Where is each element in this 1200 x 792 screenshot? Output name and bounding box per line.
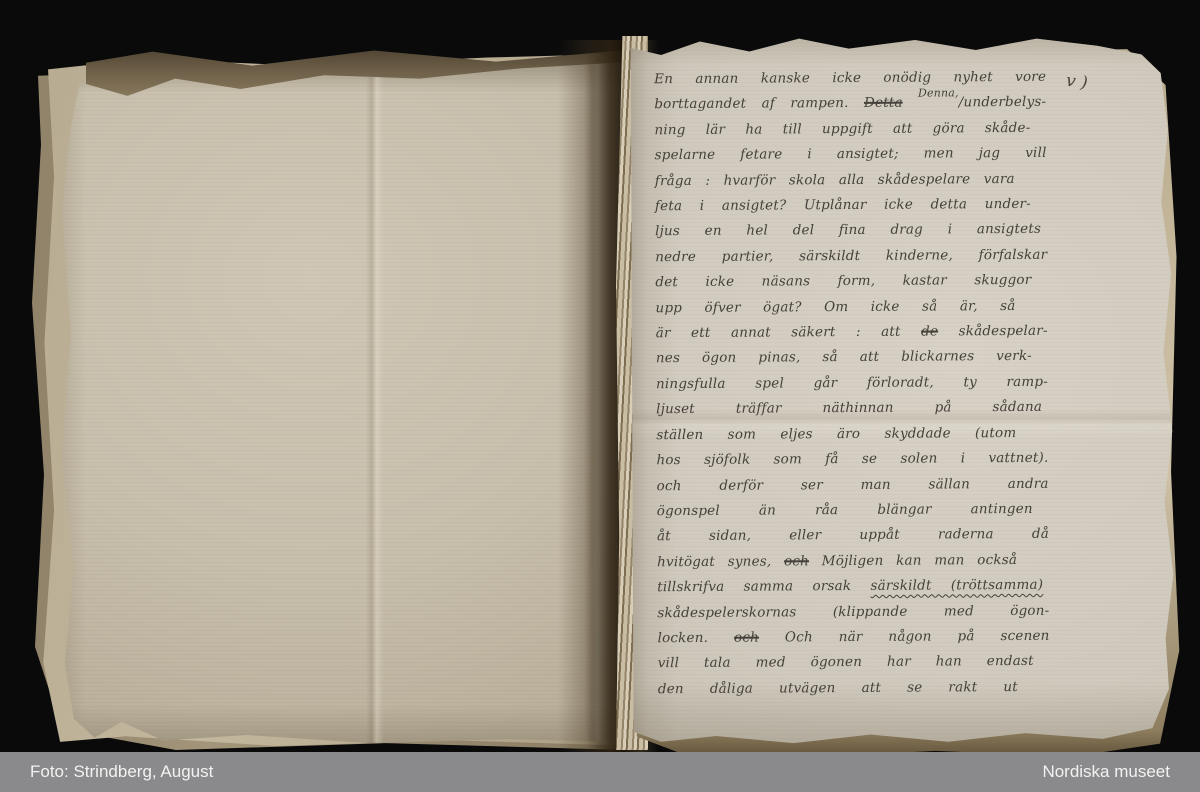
- manuscript-line: En annan kanske icke onödig nyhet vore: [654, 65, 1046, 93]
- manuscript-line: hvitögat synes, och Möjligen kan man ock…: [657, 548, 1049, 576]
- manuscript-line: det icke näsans form, kastar skuggor: [655, 268, 1047, 296]
- left-blank-page: [44, 58, 640, 746]
- manuscript-line: feta i ansigtet? Utplånar icke detta und…: [655, 192, 1047, 220]
- manuscript-line: ljus en hel del fina drag i ansigtets: [655, 217, 1047, 245]
- museum-name: Nordiska museet: [1042, 762, 1170, 782]
- archive-photo: En annan kanske icke onödig nyhet vorebo…: [0, 0, 1200, 792]
- manuscript-line: locken. och Och när någon på scenen: [657, 624, 1049, 652]
- manuscript-line: och derför ser man sällan andra: [657, 471, 1049, 499]
- manuscript-line: nes ögon pinas, så att blickarnes verk-: [656, 344, 1048, 372]
- handwritten-text: En annan kanske icke onödig nyhet vorebo…: [654, 65, 1050, 703]
- manuscript-line: åt sidan, eller uppåt raderna då: [657, 522, 1049, 550]
- photo-credit: Foto: Strindberg, August: [30, 762, 213, 782]
- manuscript-line: upp öfver ögat? Om icke så är, så: [655, 293, 1047, 321]
- page-number-annotation: v ): [1065, 71, 1089, 94]
- manuscript-line: vill tala med ögonen har han endast: [658, 649, 1050, 677]
- manuscript-line: tillskrifva samma orsak särskildt (trött…: [657, 573, 1049, 601]
- manuscript-line: hos sjöfolk som få se solen i vattnet).: [656, 446, 1048, 474]
- manuscript-line: nedre partier, särskildt kinderne, förfa…: [655, 243, 1047, 271]
- manuscript-line: ning lär ha till uppgift att göra skåde-: [654, 116, 1046, 144]
- manuscript-line: ställen som eljes äro skyddade (utom: [656, 420, 1048, 448]
- manuscript-line: är ett annat säkert : att de skådespelar…: [656, 319, 1048, 347]
- manuscript-line: skådespelerskornas (klippande med ögon-: [657, 598, 1049, 626]
- manuscript-line: spelarne fetare i ansigtet; men jag vill: [655, 141, 1047, 169]
- manuscript-page: En annan kanske icke onödig nyhet vorebo…: [628, 30, 1180, 746]
- manuscript-line: ljuset träffar näthinnan på sådana: [656, 395, 1048, 423]
- manuscript-line: den dåliga utvägen att se rakt ut: [658, 675, 1050, 703]
- manuscript-line: fråga : hvarför skola alla skådespelare …: [655, 166, 1047, 194]
- manuscript-line: ningsfulla spel går förloradt, ty ramp-: [656, 370, 1048, 398]
- manuscript-line: borttagandet af rampen. Detta Denna,/und…: [654, 90, 1046, 118]
- caption-bar: Foto: Strindberg, August Nordiska museet: [0, 752, 1200, 792]
- manuscript-line: ögonspel än råa blängar antingen: [657, 497, 1049, 525]
